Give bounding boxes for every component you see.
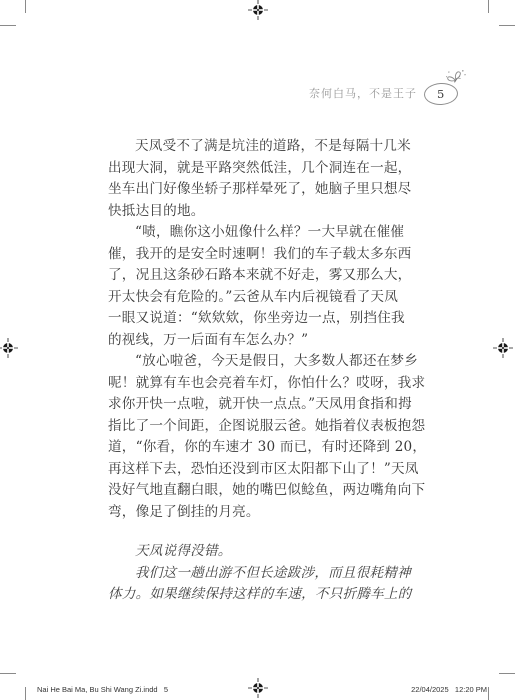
body-text: 天凤受不了满是坑洼的道路，不是每隔十几米 出现大洞，就是平路突然低洼，几个洞连在… xyxy=(108,136,414,606)
paragraph: “啧，瞧你这小妞像什么样？一大早就在催催 催，我开的是安全时速啊！我们的车子载太… xyxy=(108,222,414,351)
text-line: 体力。如果继续保持这样的车速，不只折腾车上的 xyxy=(108,584,414,606)
text-line: 呢！就算有车也会亮着车灯，你怕什么？哎呀，我求 xyxy=(108,373,414,395)
text-line: 没好气地直翻白眼，她的嘴巴似鲶鱼，两边嘴角向下 xyxy=(108,480,414,502)
text-line: 坐车出门好像坐轿子那样晕死了，她脑子里只想尽 xyxy=(108,179,414,201)
text-line: 求你开快一点啦，就开快一点点。”天凤用食指和拇 xyxy=(108,394,414,416)
text-line: 一眼又说道：“欸欸欸，你坐旁边一点，别挡住我 xyxy=(108,308,414,330)
crop-mark xyxy=(488,687,489,700)
paragraph: “放心啦爸，今天是假日，大多数人都还在梦乡 呢！就算有车也会亮着车灯，你怕什么？… xyxy=(108,351,414,523)
section-gap xyxy=(108,523,414,541)
page-number-badge: 5 xyxy=(423,82,458,106)
text-line: 天凤受不了满是坑洼的道路，不是每隔十几米 xyxy=(108,136,414,158)
running-title: 奈何白马，不是王子 xyxy=(309,84,417,104)
page-number: 5 xyxy=(437,87,444,101)
crop-mark xyxy=(0,25,16,26)
text-line: 开太快会有危险的。”云爸从车内后视镜看了天凤 xyxy=(108,287,414,309)
registration-mark-icon xyxy=(0,338,18,358)
text-line: 弯，像足了倒挂的月亮。 xyxy=(108,502,414,524)
crop-mark xyxy=(499,673,515,674)
registration-mark-icon xyxy=(493,338,513,358)
footer-datetime: 22/04/2025 12:20 PM xyxy=(411,684,487,695)
running-header: 奈何白马，不是王子 5 xyxy=(309,83,458,105)
text-line: 我们这一趟出游不但长途跋涉，而且很耗精神 xyxy=(108,563,414,585)
text-line: “啧，瞧你这小妞像什么样？一大早就在催催 xyxy=(108,222,414,244)
footer-slug: Nai He Bai Ma, Bu Shi Wang Zi.indd 5 22/… xyxy=(37,684,487,695)
text-line: 了，况且这条砂石路本来就不好走，雾又那么大， xyxy=(108,265,414,287)
text-line: 出现大洞，就是平路突然低洼，几个洞连在一起， xyxy=(108,158,414,180)
text-line: “放心啦爸，今天是假日，大多数人都还在梦乡 xyxy=(108,351,414,373)
text-line: 快抵达目的地。 xyxy=(108,201,414,223)
crop-mark xyxy=(25,687,26,700)
text-line: 再这样下去，恐怕还没到市区太阳都下山了！”天凤 xyxy=(108,459,414,481)
text-line: 天凤说得没错。 xyxy=(108,541,414,563)
registration-mark-icon xyxy=(248,0,268,20)
butterfly-icon xyxy=(445,68,468,89)
crop-mark xyxy=(25,0,26,13)
book-page: 奈何白马，不是王子 5 天凤受不了满是坑洼的道路，不是每隔十几米 出现大洞，就是… xyxy=(0,0,515,700)
text-line: 催，我开的是安全时速啊！我们的车子载太多东西 xyxy=(108,244,414,266)
footer-file-label: Nai He Bai Ma, Bu Shi Wang Zi.indd 5 xyxy=(37,684,168,695)
crop-mark xyxy=(0,673,16,674)
paragraph: 天凤受不了满是坑洼的道路，不是每隔十几米 出现大洞，就是平路突然低洼，几个洞连在… xyxy=(108,136,414,222)
text-line: 的视线，万一后面有车怎么办？” xyxy=(108,330,414,352)
crop-mark xyxy=(488,0,489,13)
paragraph: 天凤说得没错。 xyxy=(108,541,414,563)
text-line: 道，“你看，你的车速才 30 而已，有时还降到 20， xyxy=(108,437,414,459)
paragraph: 我们这一趟出游不但长途跋涉，而且很耗精神 体力。如果继续保持这样的车速，不只折腾… xyxy=(108,563,414,606)
text-line: 指比了一个间距，企图说服云爸。她指着仪表板抱怨 xyxy=(108,416,414,438)
crop-mark xyxy=(499,25,515,26)
